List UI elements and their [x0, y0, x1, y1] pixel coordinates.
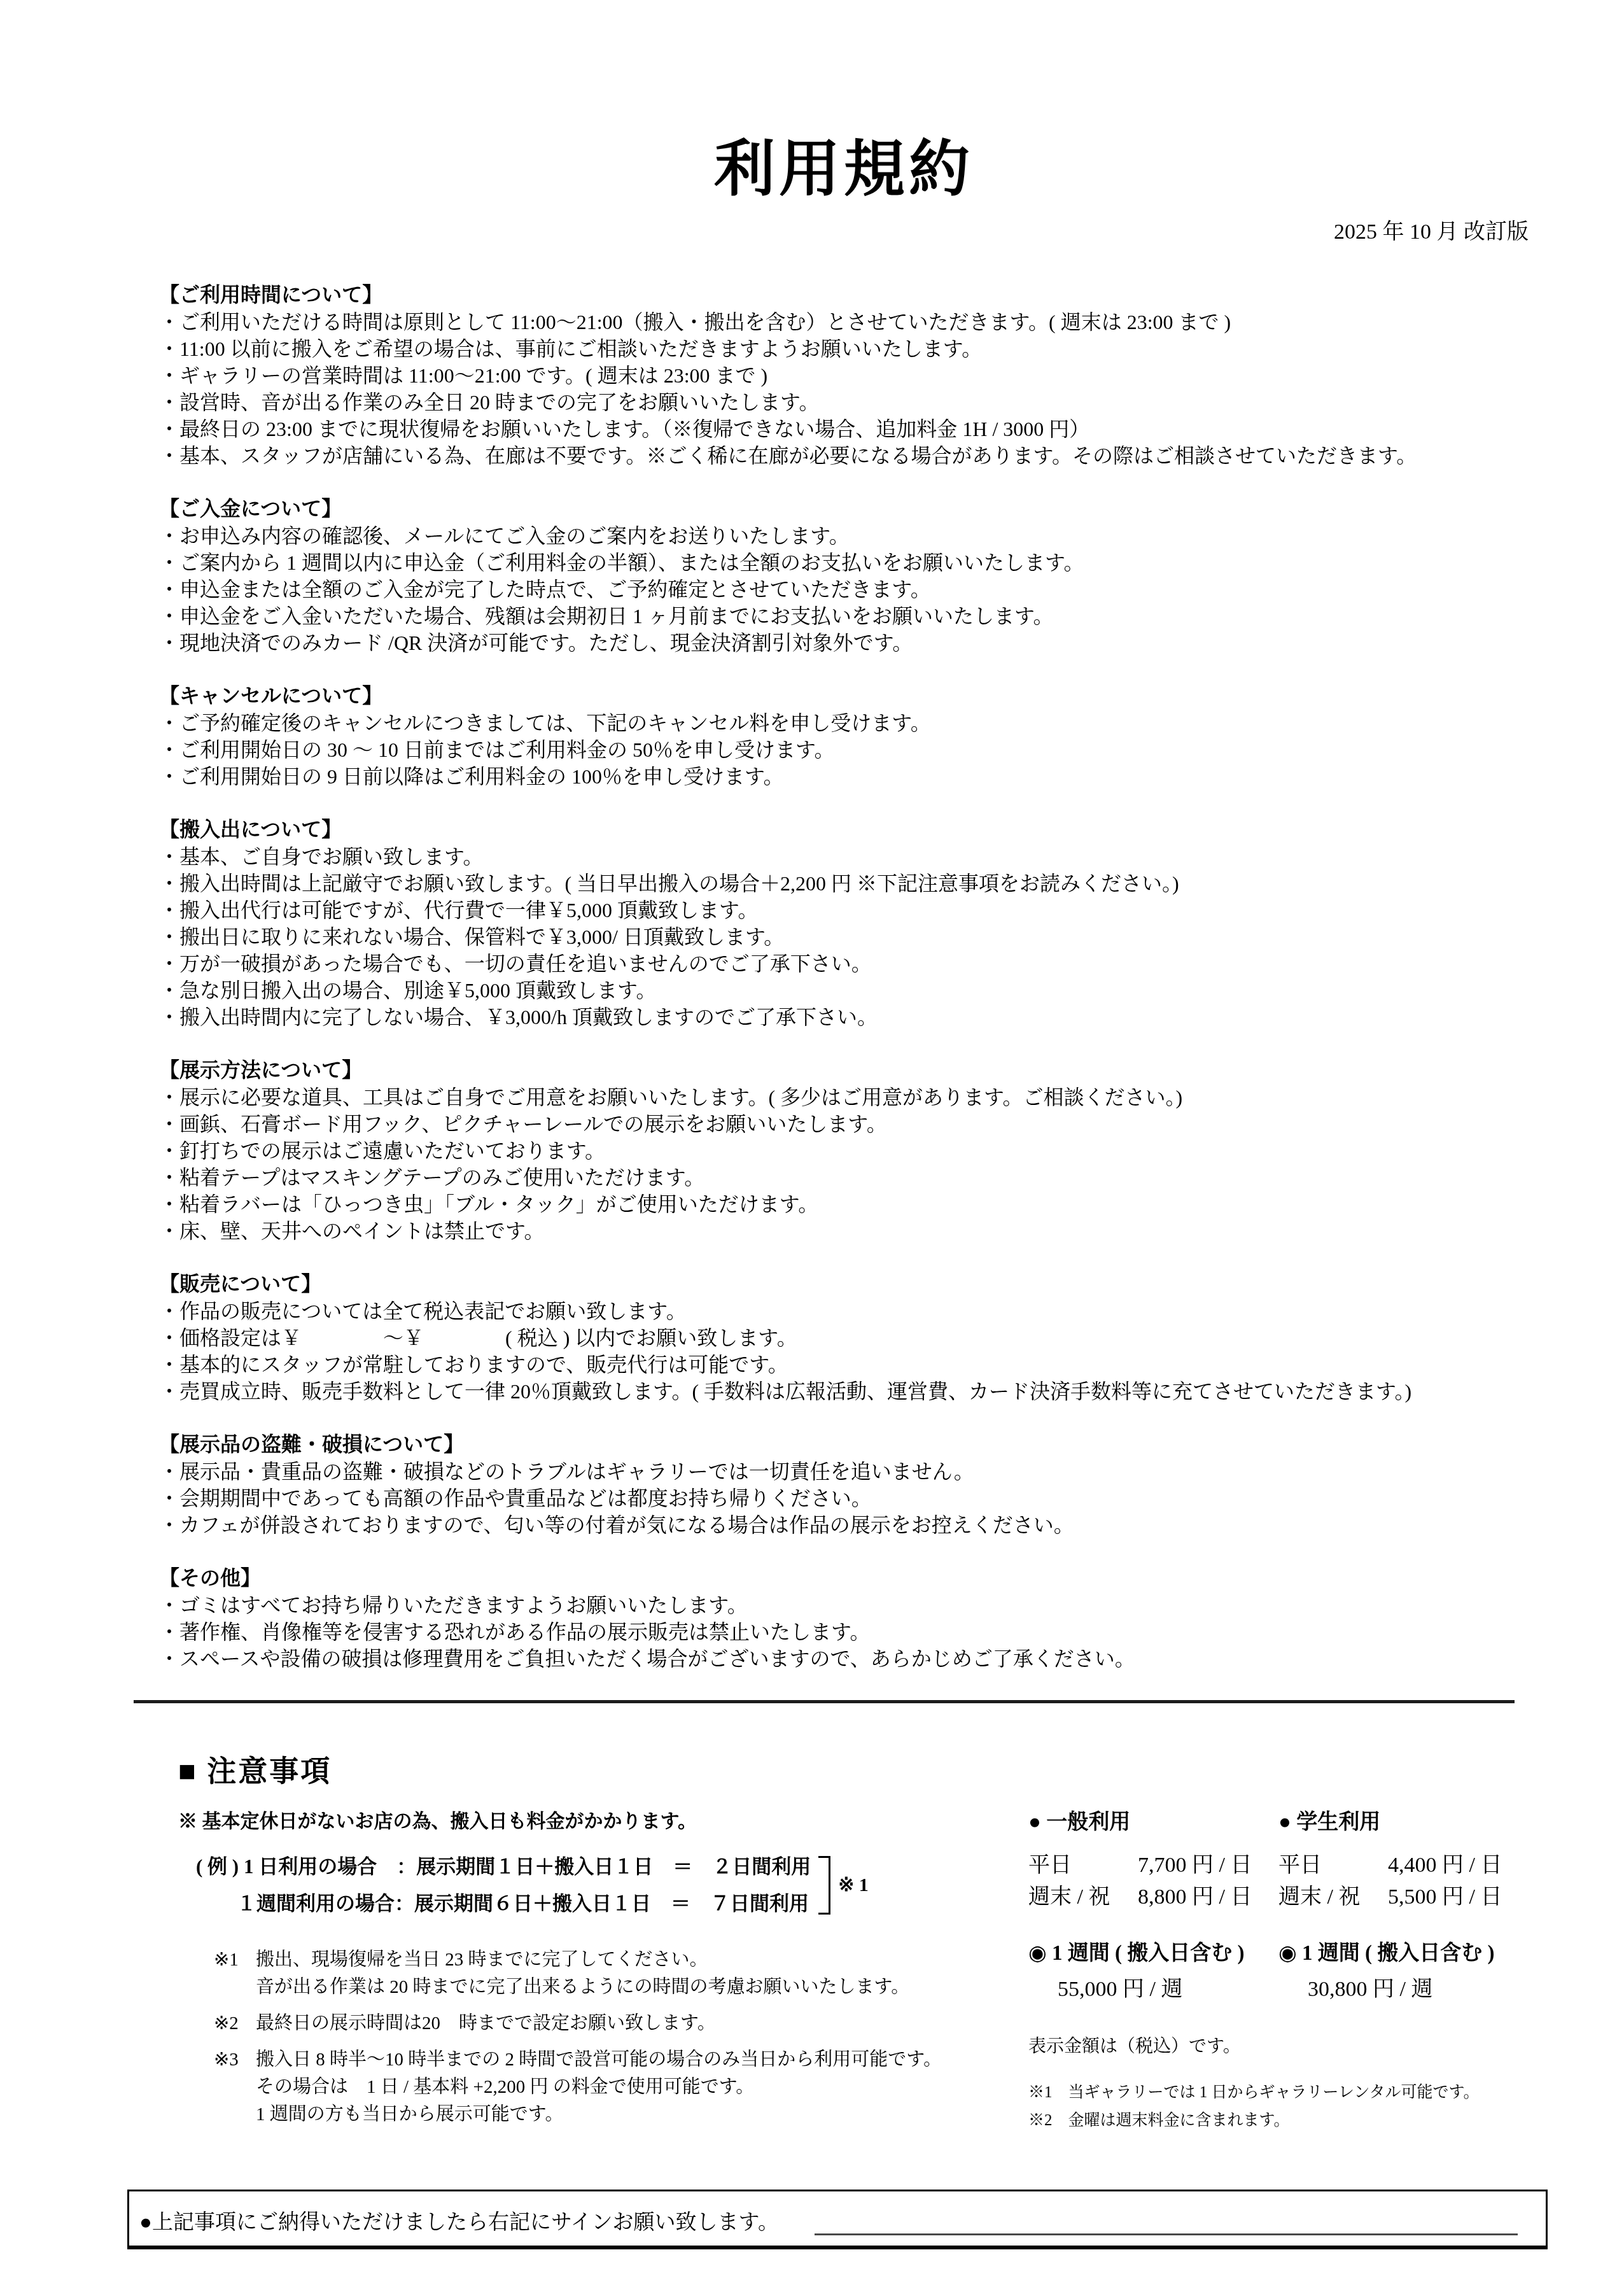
- general-weekday-price: 7,700 円 / 日: [1138, 1850, 1252, 1881]
- student-week-heading: ◉ 1 週間 ( 搬入日含む ): [1278, 1939, 1529, 1968]
- terms-item: ・釘打ちでの展示はご遠慮いただいております。: [159, 1137, 1529, 1164]
- signature-line: [815, 2233, 1518, 2235]
- terms-item: ・ご予約確定後のキャンセルにつきましては、下記のキャンセル料を申し受けます。: [159, 710, 1529, 736]
- general-heading: ● 一般利用: [1028, 1808, 1278, 1837]
- terms-item: ・お申込み内容の確認後、メールにてご入金のご案内をお送りいたします。: [159, 523, 1529, 549]
- terms-item: ・基本、ご自身でお願い致します。: [159, 843, 1529, 870]
- general-weekend-row: 週末 / 祝 8,800 円 / 日: [1028, 1881, 1278, 1913]
- revision-date: 2025 年 10 月 改訂版: [159, 214, 1529, 245]
- terms-item: ・ご利用開始日の 9 日前以降はご利用料金の 100％を申し受けます。: [159, 763, 1529, 790]
- pricing-footnote: ※1 当ギャラリーでは 1 日からギャラリーレンタル可能です。: [1028, 2079, 1529, 2107]
- general-week-price: 55,000 円 / 週: [1028, 1974, 1278, 2005]
- terms-item: ・ご案内から 1 週間以内に申込金（ご利用料金の半額）、または全額のお支払いをお…: [159, 549, 1529, 576]
- student-weekday-label: 平日: [1278, 1850, 1388, 1881]
- note-label: ※2: [214, 2010, 256, 2037]
- terms-section: 【ご入金について】・お申込み内容の確認後、メールにてご入金のご案内をお送りいたし…: [159, 495, 1529, 656]
- terms-item: ・展示品・貴重品の盗難・破損などのトラブルはギャラリーでは一切責任を追いません。: [159, 1458, 1529, 1485]
- pricing-area: ● 一般利用 平日 7,700 円 / 日 週末 / 祝 8,800 円 / 日…: [1012, 1808, 1529, 2135]
- terms-item: ・床、壁、天井へのペイントは禁止です。: [159, 1218, 1529, 1244]
- section-heading: 【販売について】: [159, 1270, 1529, 1298]
- tax-note: 表示金額は（税込）です。: [1028, 2034, 1529, 2060]
- terms-section: 【販売について】・作品の販売については全て税込表記でお願い致します。・価格設定は…: [159, 1270, 1529, 1405]
- terms-item: ・ゴミはすべてお持ち帰りいただきますようお願いいたします。: [159, 1592, 1529, 1619]
- terms-item: ・最終日の 23:00 までに現状復帰をお願いいたします。（※復帰できない場合、…: [159, 416, 1529, 442]
- student-weekday-row: 平日 4,400 円 / 日: [1278, 1850, 1529, 1881]
- terms-item: ・設営時、音が出る作業のみ全日 20 時までの完了をお願いいたします。: [159, 389, 1529, 416]
- note-line: 最終日の展示時間は20 時までで設定お願い致します。: [256, 2010, 716, 2037]
- pricing-columns: ● 一般利用 平日 7,700 円 / 日 週末 / 祝 8,800 円 / 日…: [1028, 1808, 1529, 2005]
- general-weekday-label: 平日: [1028, 1850, 1138, 1881]
- student-weekday-price: 4,400 円 / 日: [1388, 1850, 1502, 1881]
- page-title: 利用規約: [159, 0, 1529, 204]
- terms-item: ・搬入出時間は上記厳守でお願い致します。( 当日早出搬入の場合＋2,200 円 …: [159, 870, 1529, 897]
- note-line: 1 週間の方も当日から展示可能です。: [256, 2101, 942, 2128]
- pricing-footnote: ※2 金曜は週末料金に含まれます。: [1028, 2107, 1529, 2135]
- terms-item: ・ご利用開始日の 30 〜 10 日前まではご利用料金の 50％を申し受けます。: [159, 736, 1529, 763]
- section-heading: 【展示品の盗難・破損について】: [159, 1430, 1529, 1458]
- terms-item: ・11:00 以前に搬入をご希望の場合は、事前にご相談いただきますようお願いいた…: [159, 335, 1529, 362]
- terms-item: ・会期期間中であっても高額の作品や貴重品などは都度お持ち帰りください。: [159, 1485, 1529, 1512]
- agreement-box: ●上記事項にご納得いただけましたら右記にサインお願い致します。: [127, 2190, 1548, 2249]
- terms-sections: 【ご利用時間について】・ご利用いただける時間は原則として 11:00〜21:00…: [159, 281, 1529, 1672]
- notice-note: ※1搬出、現場復帰を当日 23 時までに完了してください。音が出る作業は 20 …: [214, 1946, 1012, 2001]
- section-heading: 【搬入出について】: [159, 815, 1529, 843]
- general-weekday-row: 平日 7,700 円 / 日: [1028, 1850, 1278, 1881]
- terms-item: ・申込金または全額のご入金が完了した時点で、ご予約確定とさせていただきます。: [159, 576, 1529, 603]
- notice-note: ※2最終日の展示時間は20 時までで設定お願い致します。: [214, 2010, 1012, 2037]
- notice-note: ※3搬入日 8 時半〜10 時半までの 2 時間で設営可能の場合のみ当日から利用…: [214, 2046, 1012, 2128]
- terms-item: ・画鋲、石膏ボード用フック、ピクチャーレールでの展示をお願いいたします。: [159, 1111, 1529, 1137]
- terms-item: ・搬入出時間内に完了しない場合、￥3,000/h 頂戴致しますのでご了承下さい。: [159, 1004, 1529, 1030]
- general-weekend-price: 8,800 円 / 日: [1138, 1881, 1252, 1913]
- example-bracket: [818, 1856, 830, 1915]
- terms-item: ・スペースや設備の破損は修理費用をご負担いただく場合がございますので、あらかじめ…: [159, 1645, 1529, 1672]
- notice-heading: ■ 注意事項: [178, 1748, 1529, 1790]
- example-line-1-week: １週間利用の場合：展示期間６日＋搬入日１日 ＝ ７日間利用: [196, 1885, 811, 1922]
- section-heading: 【キャンセルについて】: [159, 682, 1529, 710]
- note-label: ※3: [214, 2046, 256, 2128]
- terms-item: ・売買成立時、販売手数料として一律 20％頂戴致します。( 手数料は広報活動、運…: [159, 1378, 1529, 1405]
- notice-left-column: ※ 基本定休日がないお店の為、搬入日も料金がかかります。 ( 例 ) 1 日利用…: [178, 1808, 1012, 2128]
- terms-section: 【展示品の盗難・破損について】・展示品・貴重品の盗難・破損などのトラブルはギャラ…: [159, 1430, 1529, 1538]
- terms-item: ・展示に必要な道具、工具はご自身でご用意をお願いいたします。( 多少はご用意があ…: [159, 1084, 1529, 1111]
- example-ref-label: ※ 1: [838, 1874, 869, 1896]
- note-line: 音が出る作業は 20 時までに完了出来るようにの時間の考慮お願いいたします。: [256, 1974, 909, 2001]
- pricing-column-student: ● 学生利用 平日 4,400 円 / 日 週末 / 祝 5,500 円 / 日…: [1278, 1808, 1529, 2005]
- notice-footnotes: ※1搬出、現場復帰を当日 23 時までに完了してください。音が出る作業は 20 …: [214, 1946, 1012, 2128]
- student-heading: ● 学生利用: [1278, 1808, 1529, 1837]
- terms-item: ・カフェが併設されておりますので、匂い等の付着が気になる場合は作品の展示をお控え…: [159, 1512, 1529, 1538]
- terms-item: ・搬出日に取りに来れない場合、保管料で￥3,000/ 日頂戴致します。: [159, 924, 1529, 950]
- terms-section: 【キャンセルについて】・ご予約確定後のキャンセルにつきましては、下記のキャンセル…: [159, 682, 1529, 790]
- notice-body: ※ 基本定休日がないお店の為、搬入日も料金がかかります。 ( 例 ) 1 日利用…: [178, 1808, 1529, 2135]
- note-lines: 最終日の展示時間は20 時までで設定お願い致します。: [256, 2010, 716, 2037]
- notice-area: ■ 注意事項 ※ 基本定休日がないお店の為、搬入日も料金がかかります。 ( 例 …: [159, 1748, 1529, 2135]
- usage-example: ( 例 ) 1 日利用の場合 ：展示期間１日＋搬入日１日 ＝ ２日間利用 １週間…: [196, 1848, 1012, 1922]
- student-week-price: 30,800 円 / 週: [1278, 1974, 1529, 2005]
- section-divider: [134, 1700, 1515, 1703]
- note-line: 搬入日 8 時半〜10 時半までの 2 時間で設営可能の場合のみ当日から利用可能…: [256, 2046, 942, 2074]
- terms-document-page: 利用規約 2025 年 10 月 改訂版 【ご利用時間について】・ご利用いただけ…: [0, 0, 1624, 2278]
- terms-item: ・万が一破損があった場合でも、一切の責任を追いませんのでご了承下さい。: [159, 950, 1529, 977]
- terms-section: 【搬入出について】・基本、ご自身でお願い致します。・搬入出時間は上記厳守でお願い…: [159, 815, 1529, 1030]
- terms-item: ・ギャラリーの営業時間は 11:00〜21:00 です。( 週末は 23:00 …: [159, 362, 1529, 389]
- terms-item: ・作品の販売については全て税込表記でお願い致します。: [159, 1298, 1529, 1325]
- student-weekend-row: 週末 / 祝 5,500 円 / 日: [1278, 1881, 1529, 1913]
- example-line-1-day: ( 例 ) 1 日利用の場合 ：展示期間１日＋搬入日１日 ＝ ２日間利用: [196, 1848, 811, 1885]
- terms-section: 【その他】・ゴミはすべてお持ち帰りいただきますようお願いいたします。・著作権、肖…: [159, 1564, 1529, 1672]
- terms-item: ・申込金をご入金いただいた場合、残額は会期初日 1 ヶ月前までにお支払いをお願い…: [159, 603, 1529, 629]
- terms-section: 【ご利用時間について】・ご利用いただける時間は原則として 11:00〜21:00…: [159, 281, 1529, 469]
- note-lines: 搬出、現場復帰を当日 23 時までに完了してください。音が出る作業は 20 時ま…: [256, 1946, 909, 2001]
- terms-item: ・著作権、肖像権等を侵害する恐れがある作品の展示販売は禁止いたします。: [159, 1619, 1529, 1645]
- pricing-footnotes: ※1 当ギャラリーでは 1 日からギャラリーレンタル可能です。※2 金曜は週末料…: [1028, 2079, 1529, 2135]
- usage-example-lines: ( 例 ) 1 日利用の場合 ：展示期間１日＋搬入日１日 ＝ ２日間利用 １週間…: [196, 1848, 811, 1922]
- terms-item: ・急な別日搬入出の場合、別途￥5,000 頂戴致します。: [159, 977, 1529, 1004]
- note-label: ※1: [214, 1946, 256, 2001]
- section-heading: 【展示方法について】: [159, 1056, 1529, 1084]
- terms-item: ・ご利用いただける時間は原則として 11:00〜21:00（搬入・搬出を含む）と…: [159, 309, 1529, 335]
- student-weekend-price: 5,500 円 / 日: [1388, 1881, 1502, 1913]
- note-line: その場合は 1 日 / 基本料 +2,200 円 の料金で使用可能です。: [256, 2074, 942, 2101]
- section-heading: 【ご入金について】: [159, 495, 1529, 523]
- terms-item: ・搬入出代行は可能ですが、代行費で一律￥5,000 頂戴致します。: [159, 897, 1529, 924]
- note-line: 搬出、現場復帰を当日 23 時までに完了してください。: [256, 1946, 909, 1974]
- general-weekend-label: 週末 / 祝: [1028, 1881, 1138, 1913]
- notice-intro: ※ 基本定休日がないお店の為、搬入日も料金がかかります。: [178, 1808, 1012, 1836]
- terms-item: ・価格設定は￥ 〜￥ ( 税込 ) 以内でお願い致します。: [159, 1325, 1529, 1351]
- pricing-column-general: ● 一般利用 平日 7,700 円 / 日 週末 / 祝 8,800 円 / 日…: [1028, 1808, 1278, 2005]
- terms-item: ・粘着テープはマスキングテープのみご使用いただけます。: [159, 1164, 1529, 1191]
- terms-item: ・現地決済でのみカード /QR 決済が可能です。ただし、現金決済割引対象外です。: [159, 629, 1529, 656]
- section-heading: 【ご利用時間について】: [159, 281, 1529, 309]
- terms-item: ・基本的にスタッフが常駐しておりますので、販売代行は可能です。: [159, 1351, 1529, 1378]
- terms-section: 【展示方法について】・展示に必要な道具、工具はご自身でご用意をお願いいたします。…: [159, 1056, 1529, 1244]
- terms-item: ・粘着ラバーは「ひっつき虫」「ブル・タック」がご使用いただけます。: [159, 1191, 1529, 1218]
- general-week-heading: ◉ 1 週間 ( 搬入日含む ): [1028, 1939, 1278, 1968]
- section-heading: 【その他】: [159, 1564, 1529, 1592]
- terms-item: ・基本、スタッフが店舗にいる為、在廊は不要です。※ごく稀に在廊が必要になる場合が…: [159, 442, 1529, 469]
- note-lines: 搬入日 8 時半〜10 時半までの 2 時間で設営可能の場合のみ当日から利用可能…: [256, 2046, 942, 2128]
- agreement-text: ●上記事項にご納得いただけましたら右記にサインお願い致します。: [139, 2205, 779, 2235]
- student-weekend-label: 週末 / 祝: [1278, 1881, 1388, 1913]
